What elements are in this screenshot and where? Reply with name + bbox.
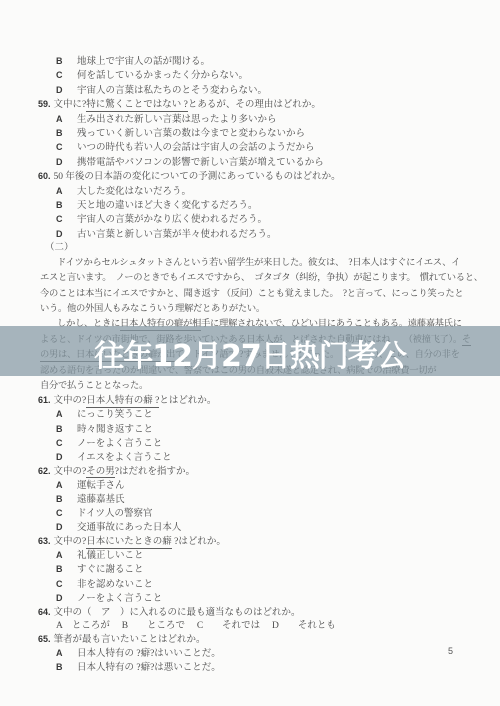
- question-59: 59.文中に?特に驚くことではない ?とあるが、その理由はどれか。: [0, 98, 500, 112]
- passage-text: ドイツからセルシュタットさんという若い留学生が来日した。彼女は、 ?日本人はすぐ…: [57, 258, 460, 268]
- option-row: C宇宙人の言葉がかなり広く使われるだろう。: [0, 213, 500, 227]
- option-row: D交通事故にあった日本人: [0, 521, 500, 535]
- option-letter: B: [56, 55, 77, 68]
- option-letter: D: [56, 156, 77, 169]
- question-text: 文中の?: [54, 396, 87, 406]
- option-text: 残っていく新しい言葉の数は今までと変わらないから: [77, 129, 305, 139]
- question-text: 文中の?: [54, 467, 87, 477]
- question-text: 文中に?: [54, 100, 87, 110]
- question-number: 64.: [38, 607, 51, 617]
- option-row: A礼儀正しいこと: [0, 549, 500, 563]
- question-text: 文中の?: [54, 537, 87, 547]
- question-text: とはどれか。: [159, 396, 216, 406]
- option-row: B天と地の違いほど大きく変化するだろう。: [0, 199, 500, 213]
- option-text: イエスをよく言うこと: [77, 453, 172, 463]
- option-text: 生み出された新しい言葉は思ったより多いから: [77, 115, 277, 125]
- underlined-phrase: 特に驚くことではない ?: [86, 100, 188, 112]
- option-row: Aにっこり笑うこと: [0, 408, 500, 422]
- question-number: 62.: [38, 466, 51, 476]
- option-letter: C: [56, 578, 77, 591]
- section-label: （二）: [0, 242, 500, 255]
- passage-line: ドイツからセルシュタットさんという若い留学生が来日した。彼女は、 ?日本人はすぐ…: [0, 256, 500, 271]
- option-letter: A: [56, 185, 77, 198]
- option-letter: D: [56, 451, 77, 464]
- question-list-top: B地球上で宇宙人の話が聞ける。 C何を話しているかまったく分からない。 D宇宙人…: [0, 55, 500, 256]
- option-row: Dイエスをよく言うこと: [0, 451, 500, 465]
- option-letter: B: [56, 127, 77, 140]
- question-text: 文中の（ ア ）に入れるのに最も適当なものはどれか。: [54, 608, 301, 618]
- option-letter: D: [56, 521, 77, 534]
- option-letter: B: [56, 563, 77, 576]
- option-text: 大した変化はないだろう。: [77, 187, 191, 197]
- option-row: Cいつの時代も若い人の会話は宇宙人の会話のようだから: [0, 141, 500, 155]
- option-text: 日本人特有の ?癖?は悪いことだ。: [77, 663, 221, 673]
- option-letter: C: [56, 213, 77, 226]
- option-text: すぐに謝ること: [77, 565, 144, 575]
- underlined-phrase: 日本にいたときの癖: [86, 537, 172, 549]
- option-text: 天と地の違いほど大きく変化するだろう。: [77, 201, 258, 211]
- option-text: 遠藤嘉基氏: [77, 495, 125, 505]
- option-text: 時々聞き返すこと: [77, 425, 153, 435]
- question-text: ?はどれか。: [172, 537, 226, 547]
- question-number: 61.: [38, 395, 51, 405]
- question-60: 60.50 年後の日本語の変化についての予測にあっているものはどれか。: [0, 170, 500, 184]
- option-row: Bすぐに謝ること: [0, 563, 500, 577]
- passage-text: 自分で払うこととなった。: [40, 381, 148, 391]
- passage-text: いう。他の外国人もみなこういう理解だとありがたい。: [40, 304, 265, 314]
- option-letter: A: [56, 408, 77, 421]
- option-text: にっこり笑うこと: [77, 410, 153, 420]
- option-text: 宇宙人の言葉は私たちのとそう変わらない。: [77, 86, 267, 96]
- option-row: Dノーをよく言うこと: [0, 592, 500, 606]
- passage-line: 今のことは本当にイエスですかと、聞き返す （反问）ことも覚えました。 ?と言って…: [0, 287, 500, 302]
- passage-line: 自分で払うこととなった。: [0, 379, 500, 394]
- option-text: 古い言葉と新しい言葉が半々使われるだろう。: [77, 230, 277, 240]
- option-row: B地球上で宇宙人の話が聞ける。: [0, 55, 500, 69]
- option-letter: C: [56, 437, 77, 450]
- option-row: Cドイツ人の警察官: [0, 507, 500, 521]
- question-text: 50 年後の日本語の変化についての予測にあっているものはどれか。: [54, 172, 341, 182]
- option-letter: A: [56, 113, 77, 126]
- inline-options-row: A ところが B ところで C それでは D それとも: [0, 620, 500, 633]
- option-letter: D: [56, 84, 77, 97]
- option-letter: B: [56, 199, 77, 212]
- passage-line: エスと言います。 ノーのときでもイエスですから、 ゴタゴタ（纠纷，争执）が起こり…: [0, 271, 500, 286]
- question-number: 60.: [38, 171, 51, 181]
- watermark-text: 往年12月27日热门考公: [0, 330, 500, 380]
- option-letter: B: [56, 661, 77, 674]
- option-text: 宇宙人の言葉がかなり広く使われるだろう。: [77, 215, 267, 225]
- option-row: B時々聞き返すこと: [0, 423, 500, 437]
- question-61: 61.文中の?日本人特有の癖 ?とはどれか。: [0, 394, 500, 408]
- option-letter: D: [56, 592, 77, 605]
- option-text: 日本人特有の ?癖?はいいことだ。: [77, 649, 221, 659]
- option-letter: B: [56, 493, 77, 506]
- question-64: 64.文中の（ ア ）に入れるのに最も適当なものはどれか。: [0, 606, 500, 620]
- question-text: ?はだれを指すか。: [115, 467, 195, 477]
- question-65: 65.筆者が最も言いたいことはどれか。: [0, 633, 500, 647]
- option-row: D古い言葉と新しい言葉が半々使われるだろう。: [0, 228, 500, 242]
- option-text: 礼儀正しいこと: [77, 551, 144, 561]
- question-63: 63.文中の?日本にいたときの癖 ?はどれか。: [0, 535, 500, 549]
- option-row: A大した変化はないだろう。: [0, 185, 500, 199]
- option-row: C何を話しているかまったく分からない。: [0, 69, 500, 83]
- question-text: とあるが、その理由はどれか。: [188, 100, 321, 110]
- option-text: いつの時代も若い人の会話は宇宙人の会話のようだから: [77, 143, 315, 153]
- option-row: C非を認めないこと: [0, 578, 500, 592]
- option-row: D宇宙人の言葉は私たちのとそう変わらない。: [0, 84, 500, 98]
- option-letter: C: [56, 507, 77, 520]
- option-text: ノーをよく言うこと: [77, 439, 162, 449]
- option-letter: C: [56, 141, 77, 154]
- question-list-bottom: 61.文中の?日本人特有の癖 ?とはどれか。 Aにっこり笑うこと B時々聞き返す…: [0, 394, 500, 675]
- scanned-exam-page: B地球上で宇宙人の話が聞ける。 C何を話しているかまったく分からない。 D宇宙人…: [0, 0, 500, 706]
- passage-text: エスと言います。 ノーのときでもイエスですから、 ゴタゴタ（纠纷，争执）が起こり…: [40, 273, 483, 283]
- option-row: A運転手さん: [0, 479, 500, 493]
- option-row: B遠藤嘉基氏: [0, 493, 500, 507]
- option-text: ノーをよく言うこと: [77, 594, 162, 604]
- option-row: A日本人特有の ?癖?はいいことだ。: [0, 647, 500, 661]
- question-number: 59.: [38, 99, 51, 109]
- option-text: 運転手さん: [77, 481, 125, 491]
- question-number: 65.: [38, 634, 51, 644]
- option-text: 何を話しているかまったく分からない。: [77, 71, 248, 81]
- question-text: 筆者が最も言いたいことはどれか。: [54, 635, 206, 645]
- option-text: 携帯電話やパソコンの影響で新しい言葉が増えているから: [77, 158, 324, 168]
- option-letter: A: [56, 479, 77, 492]
- question-62: 62.文中の?その男?はだれを指すか。: [0, 465, 500, 479]
- option-text: 非を認めないこと: [77, 580, 153, 590]
- section-label-text: （二）: [45, 243, 74, 253]
- option-row: B残っていく新しい言葉の数は今までと変わらないから: [0, 127, 500, 141]
- question-number: 63.: [38, 536, 51, 546]
- option-text: 交通事故にあった日本人: [77, 523, 181, 533]
- option-row: B日本人特有の ?癖?は悪いことだ。: [0, 661, 500, 675]
- underlined-phrase: その男: [86, 467, 115, 479]
- option-row: D携帯電話やパソコンの影響で新しい言葉が増えているから: [0, 156, 500, 170]
- option-row: Cノーをよく言うこと: [0, 437, 500, 451]
- page-number: 5: [448, 646, 453, 656]
- inline-options-text: A ところが B ところで C それでは D それとも: [56, 621, 336, 631]
- option-text: ドイツ人の警察官: [77, 509, 153, 519]
- option-text: 地球上で宇宙人の話が聞ける。: [77, 57, 210, 67]
- option-letter: D: [56, 228, 77, 241]
- option-letter: C: [56, 69, 77, 82]
- option-letter: B: [56, 423, 77, 436]
- option-letter: A: [56, 549, 77, 562]
- option-row: A生み出された新しい言葉は思ったより多いから: [0, 113, 500, 127]
- underlined-phrase: 日本人特有の癖 ?: [86, 396, 159, 408]
- option-letter: A: [56, 647, 77, 660]
- passage-line: いう。他の外国人もみなこういう理解だとありがたい。: [0, 302, 500, 317]
- passage-text: 今のことは本当にイエスですかと、聞き返す （反问）ことも覚えました。 ?と言って…: [40, 289, 463, 299]
